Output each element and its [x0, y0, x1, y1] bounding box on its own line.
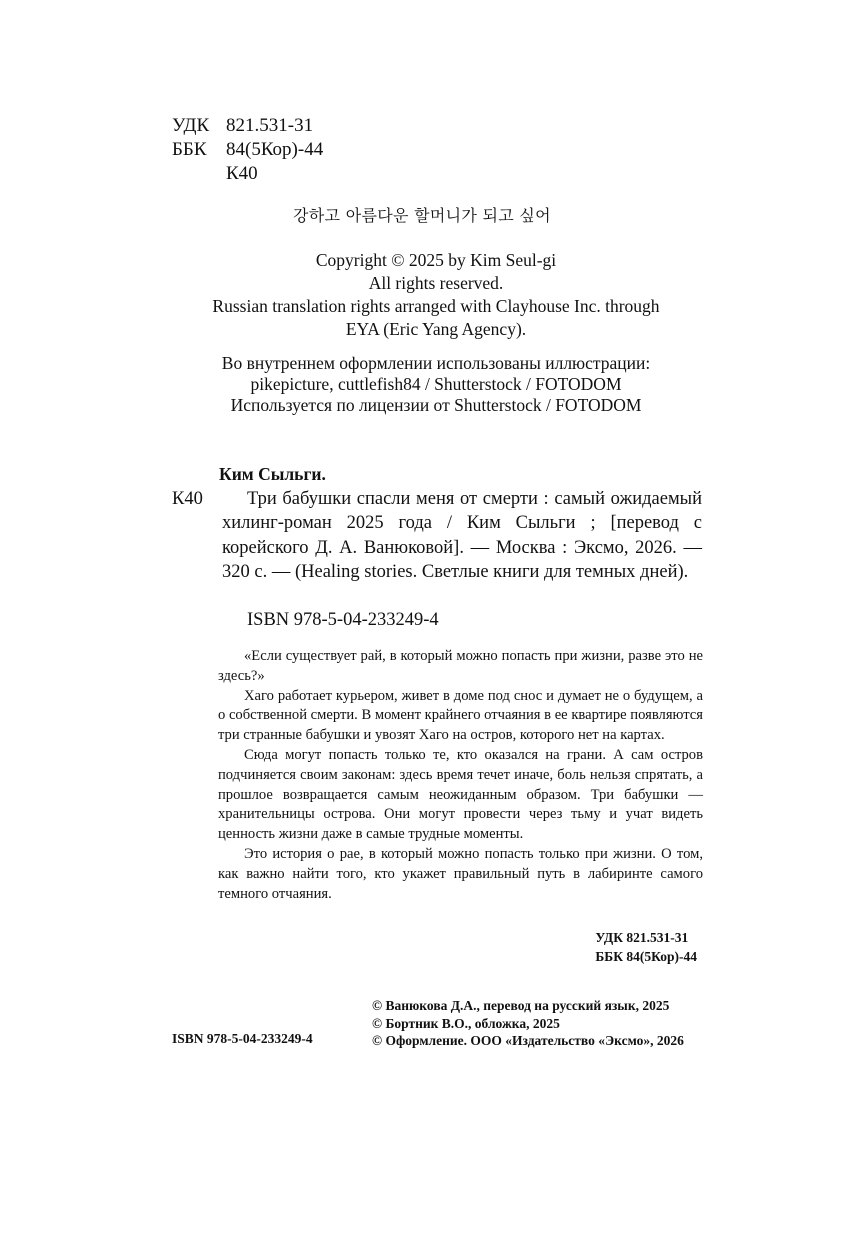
bbk-value: 84(5Кор)-44	[226, 138, 323, 162]
agency: EYA (Eric Yang Agency).	[0, 318, 844, 341]
catalog-code: К40	[172, 487, 222, 585]
annotation-codes: УДК 821.531-31 ББК 84(5Кор)-44	[595, 928, 697, 966]
license-line: Используется по лицензии от Shutterstock…	[0, 395, 844, 416]
catalog-record: Ким Сыльги. К40 Три бабушки спасли меня …	[172, 462, 702, 585]
isbn: ISBN 978-5-04-233249-4	[247, 610, 439, 631]
author-mark: К40	[226, 162, 258, 186]
author-mark-row: К40	[172, 162, 323, 186]
catalog-description: Три бабушки спасли меня от смерти : самы…	[222, 487, 702, 585]
copyright-line: Copyright © 2025 by Kim Seul-gi	[0, 249, 844, 272]
bbk-label: ББК	[172, 138, 226, 162]
classification-codes: УДК 821.531-31 ББК 84(5Кор)-44 К40	[172, 114, 323, 186]
credit-translation: © Ванюкова Д.А., перевод на русский язык…	[372, 997, 684, 1015]
udk-value: 821.531-31	[226, 114, 313, 138]
illustrations-line: Во внутреннем оформлении использованы ил…	[0, 353, 844, 374]
illustrations-credit: Во внутреннем оформлении использованы ил…	[0, 353, 844, 416]
translation-rights: Russian translation rights arranged with…	[0, 295, 844, 318]
credit-cover: © Бортник В.О., обложка, 2025	[372, 1015, 684, 1033]
annotation-bbk: ББК 84(5Кор)-44	[595, 947, 697, 966]
credit-design: © Оформление. ООО «Издательство «Эксмо»,…	[372, 1032, 684, 1050]
annotation-paragraph: «Если существует рай, в который можно по…	[218, 647, 703, 687]
annotation-paragraph: Хаго работает курьером, живет в доме под…	[218, 687, 703, 746]
footer-credits: © Ванюкова Д.А., перевод на русский язык…	[372, 997, 684, 1050]
copyright-block: Copyright © 2025 by Kim Seul-gi All righ…	[0, 249, 844, 341]
annotation-paragraph: Это история о рае, в который можно попас…	[218, 845, 703, 904]
catalog-entry: К40 Три бабушки спасли меня от смерти : …	[172, 487, 702, 585]
annotation: «Если существует рай, в который можно по…	[218, 647, 703, 904]
original-title: 강하고 아름다운 할머니가 되고 싶어	[0, 204, 844, 228]
footer-isbn: ISBN 978-5-04-233249-4	[172, 1031, 313, 1047]
udk-row: УДК 821.531-31	[172, 114, 323, 138]
rights-reserved: All rights reserved.	[0, 272, 844, 295]
illustrations-sources: pikepicture, cuttlefish84 / Shutterstock…	[0, 374, 844, 395]
bbk-row: ББК 84(5Кор)-44	[172, 138, 323, 162]
catalog-author: Ким Сыльги.	[219, 462, 702, 487]
annotation-udk: УДК 821.531-31	[595, 928, 697, 947]
annotation-paragraph: Сюда могут попасть только те, кто оказал…	[218, 746, 703, 845]
udk-label: УДК	[172, 114, 226, 138]
